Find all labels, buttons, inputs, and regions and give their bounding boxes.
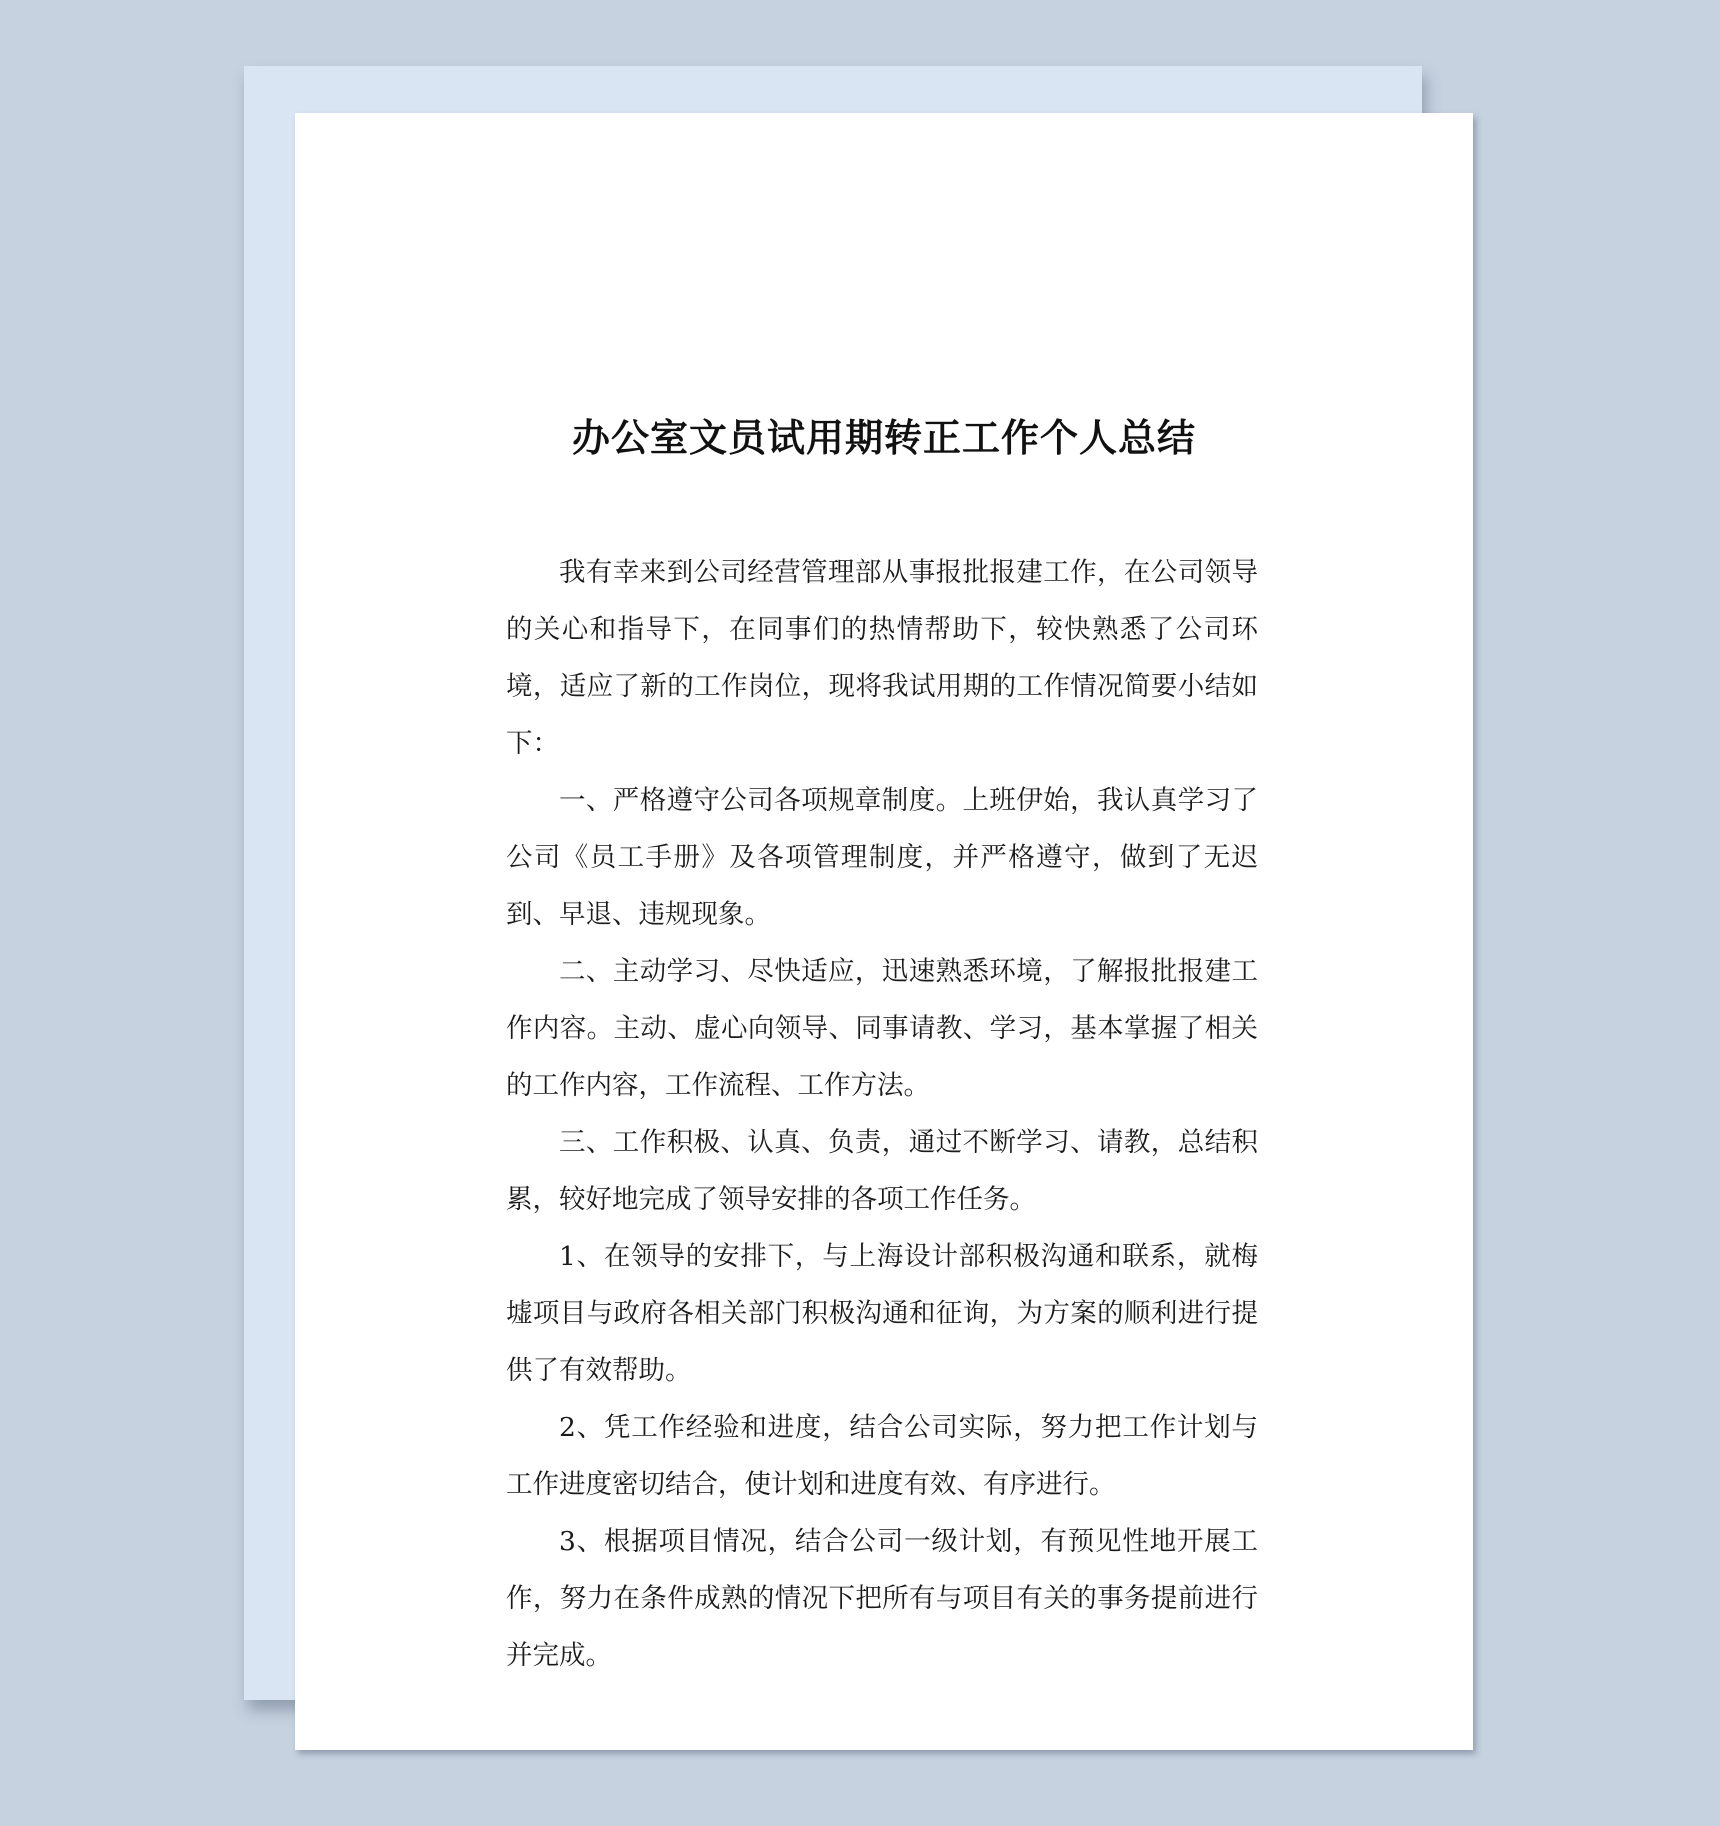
document-body: 我有幸来到公司经营管理部从事报批报建工作，在公司领导的关心和指导下，在同事们的热… — [506, 544, 1258, 1684]
paragraph-intro: 我有幸来到公司经营管理部从事报批报建工作，在公司领导的关心和指导下，在同事们的热… — [506, 544, 1258, 772]
paragraph-item-1: 1、在领导的安排下，与上海设计部积极沟通和联系，就梅墟项目与政府各相关部门积极沟… — [506, 1228, 1258, 1399]
paragraph-section-3: 三、工作积极、认真、负责，通过不断学习、请教，总结积累，较好地完成了领导安排的各… — [506, 1114, 1258, 1228]
document-page: 办公室文员试用期转正工作个人总结 我有幸来到公司经营管理部从事报批报建工作，在公… — [295, 113, 1473, 1750]
paragraph-section-2: 二、主动学习、尽快适应，迅速熟悉环境，了解报批报建工作内容。主动、虚心向领导、同… — [506, 943, 1258, 1114]
paragraph-section-1: 一、严格遵守公司各项规章制度。上班伊始，我认真学习了公司《员工手册》及各项管理制… — [506, 772, 1258, 943]
paragraph-item-2: 2、凭工作经验和进度，结合公司实际，努力把工作计划与工作进度密切结合，使计划和进… — [506, 1399, 1258, 1513]
paragraph-item-3: 3、根据项目情况，结合公司一级计划，有预见性地开展工作，努力在条件成熟的情况下把… — [506, 1513, 1258, 1684]
document-title: 办公室文员试用期转正工作个人总结 — [295, 413, 1473, 463]
